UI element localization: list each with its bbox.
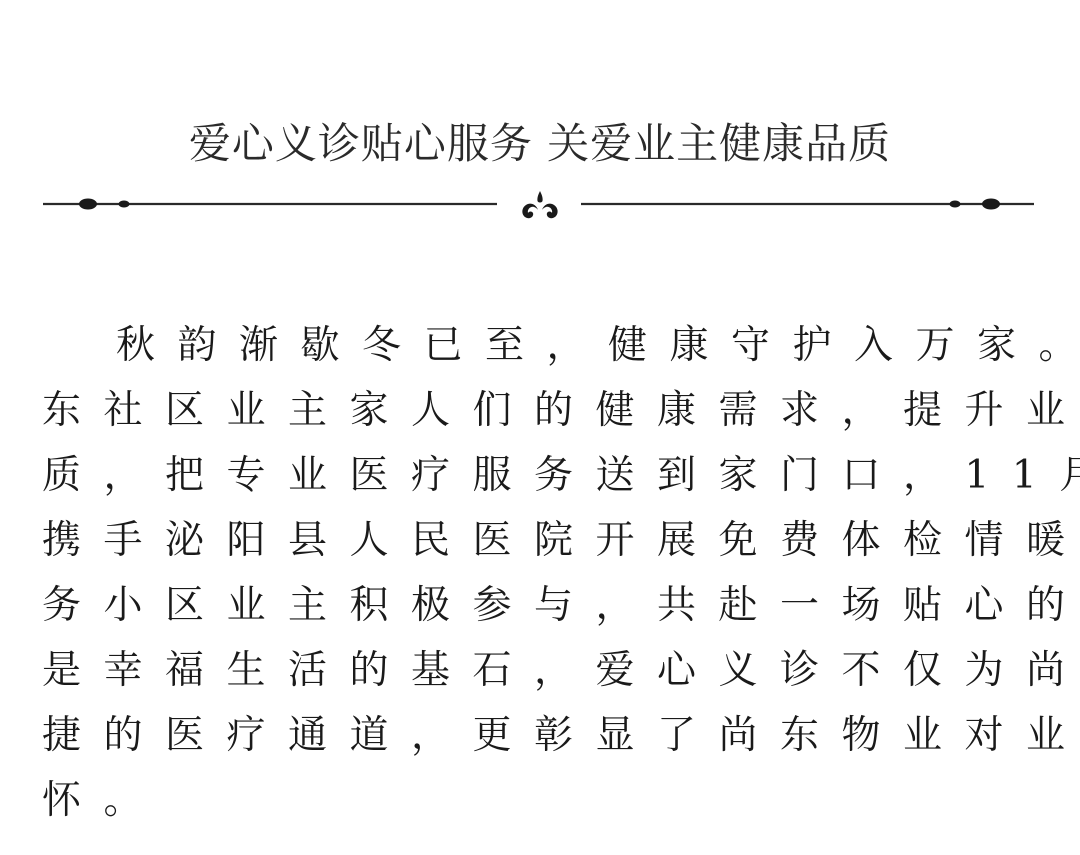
body-line-4: 携手泌阳县人民医院开展免费体检情暖社区活动，各服 bbox=[42, 508, 1042, 573]
body-line-1: 秋韵渐歇冬已至，健康守护入万家。为切实关注尚 bbox=[42, 313, 1042, 378]
fleur-de-lis-ornament-icon bbox=[522, 191, 557, 218]
divider-dot-large-left bbox=[79, 199, 97, 210]
divider-dot-small-right bbox=[950, 201, 961, 208]
divider-dot-small-left bbox=[119, 201, 130, 208]
article-title: 爱心义诊贴心服务 关爱业主健康品质 bbox=[0, 116, 1080, 172]
body-line-3: 质，把专业医疗服务送到家门口，11月4日，尚东物业 bbox=[42, 443, 1042, 508]
divider-dot-large-right bbox=[982, 199, 1000, 210]
divider-left-line bbox=[43, 199, 497, 210]
title-divider bbox=[0, 185, 1080, 225]
divider-right-line bbox=[581, 199, 1034, 210]
body-line-2: 东社区业主家人们的健康需求，提升业主健康生活品 bbox=[42, 378, 1042, 443]
body-line-8: 怀。 bbox=[42, 768, 1042, 833]
body-line-7: 捷的医疗通道，更彰显了尚东物业对业主健康的深切关 bbox=[42, 703, 1042, 768]
body-line-5: 务小区业主积极参与，共赴一场贴心的健康之约。健康 bbox=[42, 573, 1042, 638]
article-body: 秋韵渐歇冬已至，健康守护入万家。为切实关注尚 东社区业主家人们的健康需求，提升业… bbox=[42, 313, 1042, 833]
body-line-6: 是幸福生活的基石，爱心义诊不仅为尚东业主搭建了便 bbox=[42, 638, 1042, 703]
